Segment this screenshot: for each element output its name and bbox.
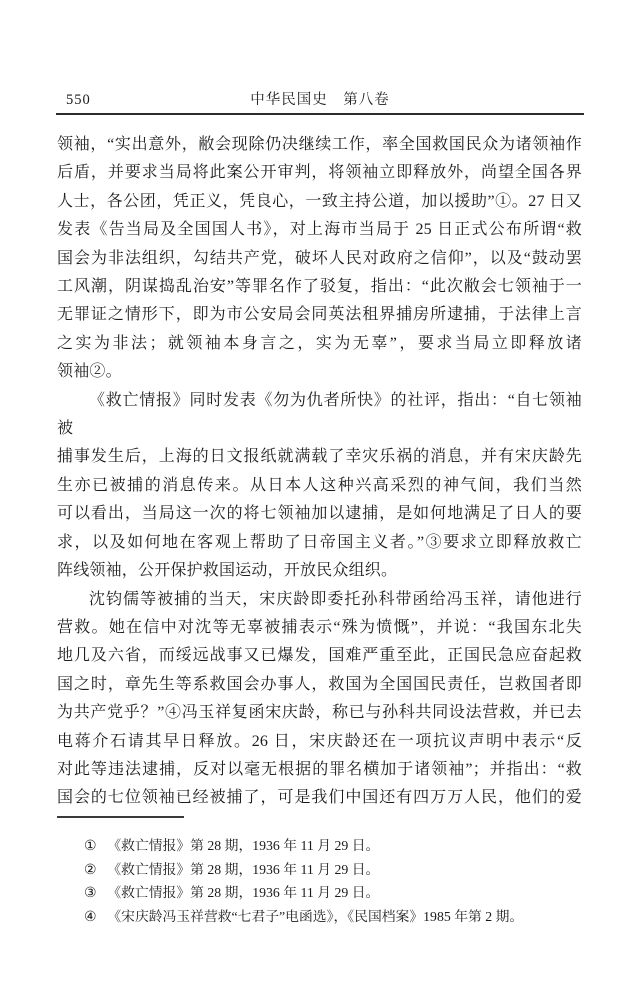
text-line: 人士，各公团，凭正义，凭良心，一致主持公道，加以援助”①。27 日又 [57, 188, 582, 216]
text-line: 电蒋介石请其早日释放。26 日，宋庆龄还在一项抗议声明中表示“反 [57, 728, 582, 756]
text-line: 之实为非法；就领袖本身言之，实为无辜”，要求当局立即释放诸 [57, 330, 582, 358]
book-page: 550 中华民国史 第八卷 领袖，“实出意外，敝会现除仍决继续工作，率全国救国民… [0, 0, 644, 1000]
text-line: 生亦已被捕的消息传来。从日本人这种兴高采烈的神气间，我们当然 [57, 472, 582, 500]
text-line: 可以看出，当局这一次的将七领袖加以逮捕，是如何地满足了日人的要 [57, 500, 582, 528]
footnote: ②《救亡情报》第 28 期，1936 年 11 月 29 日。 [57, 858, 583, 882]
paragraph: 沈钧儒等被捕的当天，宋庆龄即委托孙科带函给冯玉祥，请他进行营救。她在信中对沈等无… [57, 586, 582, 813]
text-line: 国之时，章先生等系救国会办事人，救国为全国国民责任，岂救国者即 [57, 671, 582, 699]
text-line: 《救亡情报》同时发表《勿为仇者所快》的社评，指出：“自七领袖被 [57, 387, 582, 444]
footnote-divider [57, 816, 184, 818]
text-line: 捕事发生后，上海的日文报纸就满载了幸灾乐祸的消息，并有宋庆龄先 [57, 443, 582, 471]
footnote-text: 《救亡情报》第 28 期，1936 年 11 月 29 日。 [107, 834, 379, 858]
footnote-text: 《救亡情报》第 28 期，1936 年 11 月 29 日。 [107, 858, 379, 882]
text-line: 对此等违法逮捕，反对以毫无根据的罪名横加于诸领袖”；并指出：“救 [57, 756, 582, 784]
running-title: 中华民国史 第八卷 [57, 89, 583, 111]
footnote-marker: ④ [84, 905, 96, 929]
page-number: 550 [66, 89, 91, 111]
text-line: 国会的七位领袖已经被捕了，可是我们中国还有四万万人民，他们的爱 [57, 784, 582, 812]
footnote-marker: ③ [84, 881, 96, 905]
text-line: 阵线领袖，公开保护救国运动，开放民众组织。 [57, 557, 582, 585]
text-line: 营救。她在信中对沈等无辜被捕表示“殊为愤慨”，并说：“我国东北失 [57, 614, 582, 642]
text-line: 工风潮，阴谋捣乱治安”等罪名作了驳复，指出：“此次敝会七领袖于一 [57, 273, 582, 301]
footnote: ①《救亡情报》第 28 期，1936 年 11 月 29 日。 [57, 834, 583, 858]
paragraph: 《救亡情报》同时发表《勿为仇者所快》的社评，指出：“自七领袖被捕事发生后，上海的… [57, 387, 582, 586]
page-header: 550 中华民国史 第八卷 [57, 89, 583, 111]
header-rule [56, 113, 584, 115]
text-line: 国会为非法组织，勾结共产党，破坏人民对政府之信仰”，以及“鼓动罢 [57, 245, 582, 273]
footnote-text: 《宋庆龄冯玉祥营救“七君子”电函选》，《民国档案》1985 年第 2 期。 [107, 905, 523, 929]
footnote-text: 《救亡情报》第 28 期，1936 年 11 月 29 日。 [107, 881, 379, 905]
text-line: 无罪证之情形下，即为市公安局会同英法租界捕房所逮捕，于法律上言 [57, 301, 582, 329]
text-line: 沈钧儒等被捕的当天，宋庆龄即委托孙科带函给冯玉祥，请他进行 [57, 586, 582, 614]
footnote: ④《宋庆龄冯玉祥营救“七君子”电函选》，《民国档案》1985 年第 2 期。 [57, 905, 583, 929]
text-line: 领袖②。 [57, 358, 582, 386]
text-line: 领袖，“实出意外，敝会现除仍决继续工作，率全国救国民众为诸领袖作 [57, 131, 582, 159]
body-text: 领袖，“实出意外，敝会现除仍决继续工作，率全国救国民众为诸领袖作后盾，并要求当局… [57, 131, 582, 813]
paragraph: 领袖，“实出意外，敝会现除仍决继续工作，率全国救国民众为诸领袖作后盾，并要求当局… [57, 131, 582, 387]
text-line: 发表《告当局及全国国人书》，对上海市当局于 25 日正式公布所谓“救 [57, 216, 582, 244]
footnote-marker: ② [84, 858, 96, 882]
text-line: 求，以及如何地在客观上帮助了日帝国主义者。”③要求立即释放救亡 [57, 529, 582, 557]
footnotes: ①《救亡情报》第 28 期，1936 年 11 月 29 日。②《救亡情报》第 … [57, 834, 583, 928]
footnote: ③《救亡情报》第 28 期，1936 年 11 月 29 日。 [57, 881, 583, 905]
text-line: 后盾，并要求当局将此案公开审判，将领袖立即释放外，尚望全国各界 [57, 159, 582, 187]
text-line: 为共产党乎？”④冯玉祥复函宋庆龄，称已与孙科共同设法营救，并已去 [57, 699, 582, 727]
footnote-marker: ① [84, 834, 96, 858]
text-line: 地几及六省，而绥远战事又已爆发，国难严重至此，正国民急应奋起救 [57, 642, 582, 670]
